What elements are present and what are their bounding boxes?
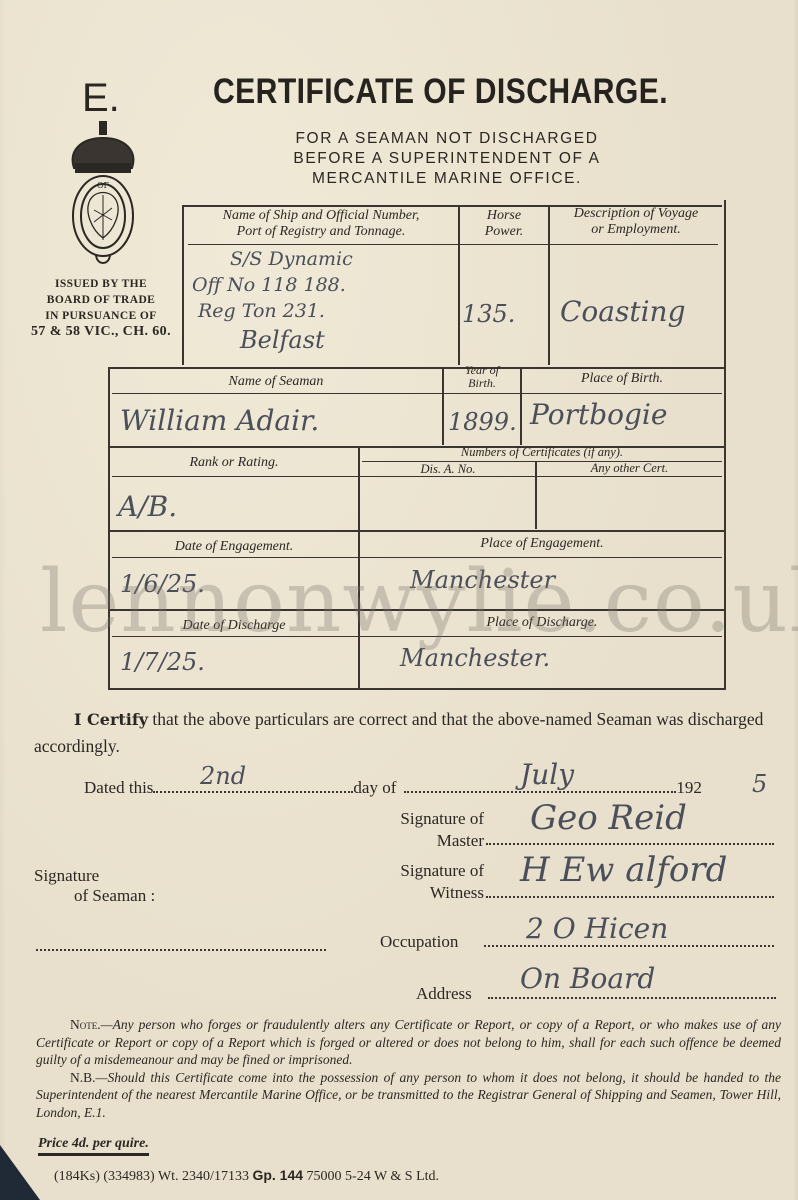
header-dis-a-no: Dis. A. No. (362, 461, 534, 477)
master-signature[interactable]: Geo Reid (530, 798, 687, 838)
price-text: Price 4d. per quire. (38, 1136, 149, 1156)
header-place-of-birth: Place of Birth. (522, 371, 722, 387)
master-label-line: Master (374, 830, 484, 852)
year-prefix: 192 (676, 778, 702, 797)
port-registry-value: Belfast (240, 326, 325, 354)
header-voyage-line: Description of Voyage (550, 206, 722, 222)
certify-lead: I Certify (74, 710, 148, 729)
seaman-signature-label: Signature of Seaman : (34, 866, 155, 906)
header-ship-line: Port of Registry and Tonnage. (188, 224, 454, 240)
seaman-name-value: William Adair. (120, 404, 319, 437)
seaman-signature-field[interactable] (36, 948, 326, 951)
note-text: —Any person who forges or fraudulently a… (36, 1017, 781, 1067)
witness-signature[interactable]: H Ew alford (520, 850, 727, 890)
scan-corner-shadow (0, 1145, 40, 1200)
master-label-line: Signature of (374, 808, 484, 830)
header-horse-power: Horse Power. (460, 208, 548, 240)
issued-line: IN PURSUANCE OF (26, 308, 176, 324)
svg-text:OF: OF (97, 181, 110, 190)
official-number-value: Off No 118 188. (192, 274, 346, 296)
dated-day-value[interactable]: 2nd (200, 762, 246, 790)
header-year-of-birth: Year of Birth. (444, 364, 520, 390)
header-cert-numbers: Numbers of Certificates (if any). (362, 444, 722, 460)
header-rank: Rank or Rating. (112, 455, 356, 471)
header-hp-line: Power. (460, 224, 548, 240)
header-hp-line: Horse (460, 208, 548, 224)
occupation-label: Occupation (380, 932, 458, 952)
subtitle-line: BEFORE A SUPERINTENDENT OF A (262, 149, 632, 169)
imprint-part: (184Ks) (334983) Wt. 2340/17133 (54, 1169, 252, 1184)
horse-power-value: 135. (462, 300, 515, 328)
place-of-birth-value: Portbogie (530, 398, 667, 431)
witness-label: Signature of Witness (374, 860, 484, 904)
nb-lead: N.B. (70, 1070, 96, 1085)
dated-label: Dated this (84, 778, 153, 797)
legal-notes: Note.—Any person who forges or fraudulen… (36, 1016, 781, 1122)
dated-line: Dated thisday of192 (84, 778, 702, 798)
dated-month-value[interactable]: July (520, 758, 574, 791)
header-seaman-name: Name of Seaman (112, 374, 440, 390)
nb-paragraph: N.B.—Should this Certificate come into t… (36, 1069, 781, 1122)
printer-imprint: (184Ks) (334983) Wt. 2340/17133 Gp. 144 … (54, 1167, 439, 1185)
dated-year-value[interactable]: 5 (752, 770, 767, 798)
watermark: lennonwylie.co.uk (40, 552, 798, 652)
header-voyage: Description of Voyage or Employment. (550, 206, 722, 238)
subtitle: FOR A SEAMAN NOT DISCHARGED BEFORE A SUP… (262, 129, 632, 189)
issued-line: ISSUED BY THE (26, 276, 176, 292)
master-label: Signature of Master (374, 808, 484, 852)
header-yob-line: Birth. (444, 377, 520, 390)
rank-value: A/B. (118, 490, 177, 523)
seaman-label-line: of Seaman : (34, 886, 155, 906)
imprint-group: Gp. 144 (252, 1167, 303, 1183)
register-tonnage-value: Reg Ton 231. (198, 300, 325, 322)
address-value[interactable]: On Board (520, 962, 655, 995)
ship-name-value: S/S Dynamic (230, 248, 353, 270)
nb-text: —Should this Certificate come into the p… (36, 1070, 781, 1120)
year-of-birth-value: 1899. (448, 408, 517, 436)
issued-line: 57 & 58 VIC., CH. 60. (26, 324, 176, 340)
imprint-part: 75000 5-24 W & S Ltd. (303, 1169, 439, 1184)
form-letter: E. (82, 76, 120, 121)
voyage-value: Coasting (560, 295, 686, 328)
header-ship-line: Name of Ship and Official Number, (188, 208, 454, 224)
board-of-trade-crest-icon: OF (62, 120, 144, 270)
header-place-engagement: Place of Engagement. (362, 536, 722, 552)
subtitle-line: MERCANTILE MARINE OFFICE. (262, 169, 632, 189)
witness-label-line: Signature of (374, 860, 484, 882)
header-voyage-line: or Employment. (550, 222, 722, 238)
page-title: CERTIFICATE OF DISCHARGE. (213, 72, 668, 112)
date-discharge-value: 1/7/25. (120, 648, 205, 676)
seaman-label-line: Signature (34, 866, 155, 886)
certification-statement: I Certify that the above particulars are… (34, 706, 779, 760)
note-lead: Note. (70, 1017, 101, 1032)
occupation-value[interactable]: 2 O Hicen (526, 912, 668, 945)
day-of-label: day of (353, 778, 396, 797)
address-label: Address (416, 984, 472, 1004)
issued-line: BOARD OF TRADE (26, 292, 176, 308)
witness-label-line: Witness (374, 882, 484, 904)
header-ship: Name of Ship and Official Number, Port o… (188, 208, 454, 240)
header-other-cert: Any other Cert. (537, 460, 722, 476)
issued-by-text: ISSUED BY THE BOARD OF TRADE IN PURSUANC… (26, 276, 176, 340)
subtitle-line: FOR A SEAMAN NOT DISCHARGED (262, 129, 632, 149)
note-paragraph: Note.—Any person who forges or fraudulen… (36, 1016, 781, 1069)
